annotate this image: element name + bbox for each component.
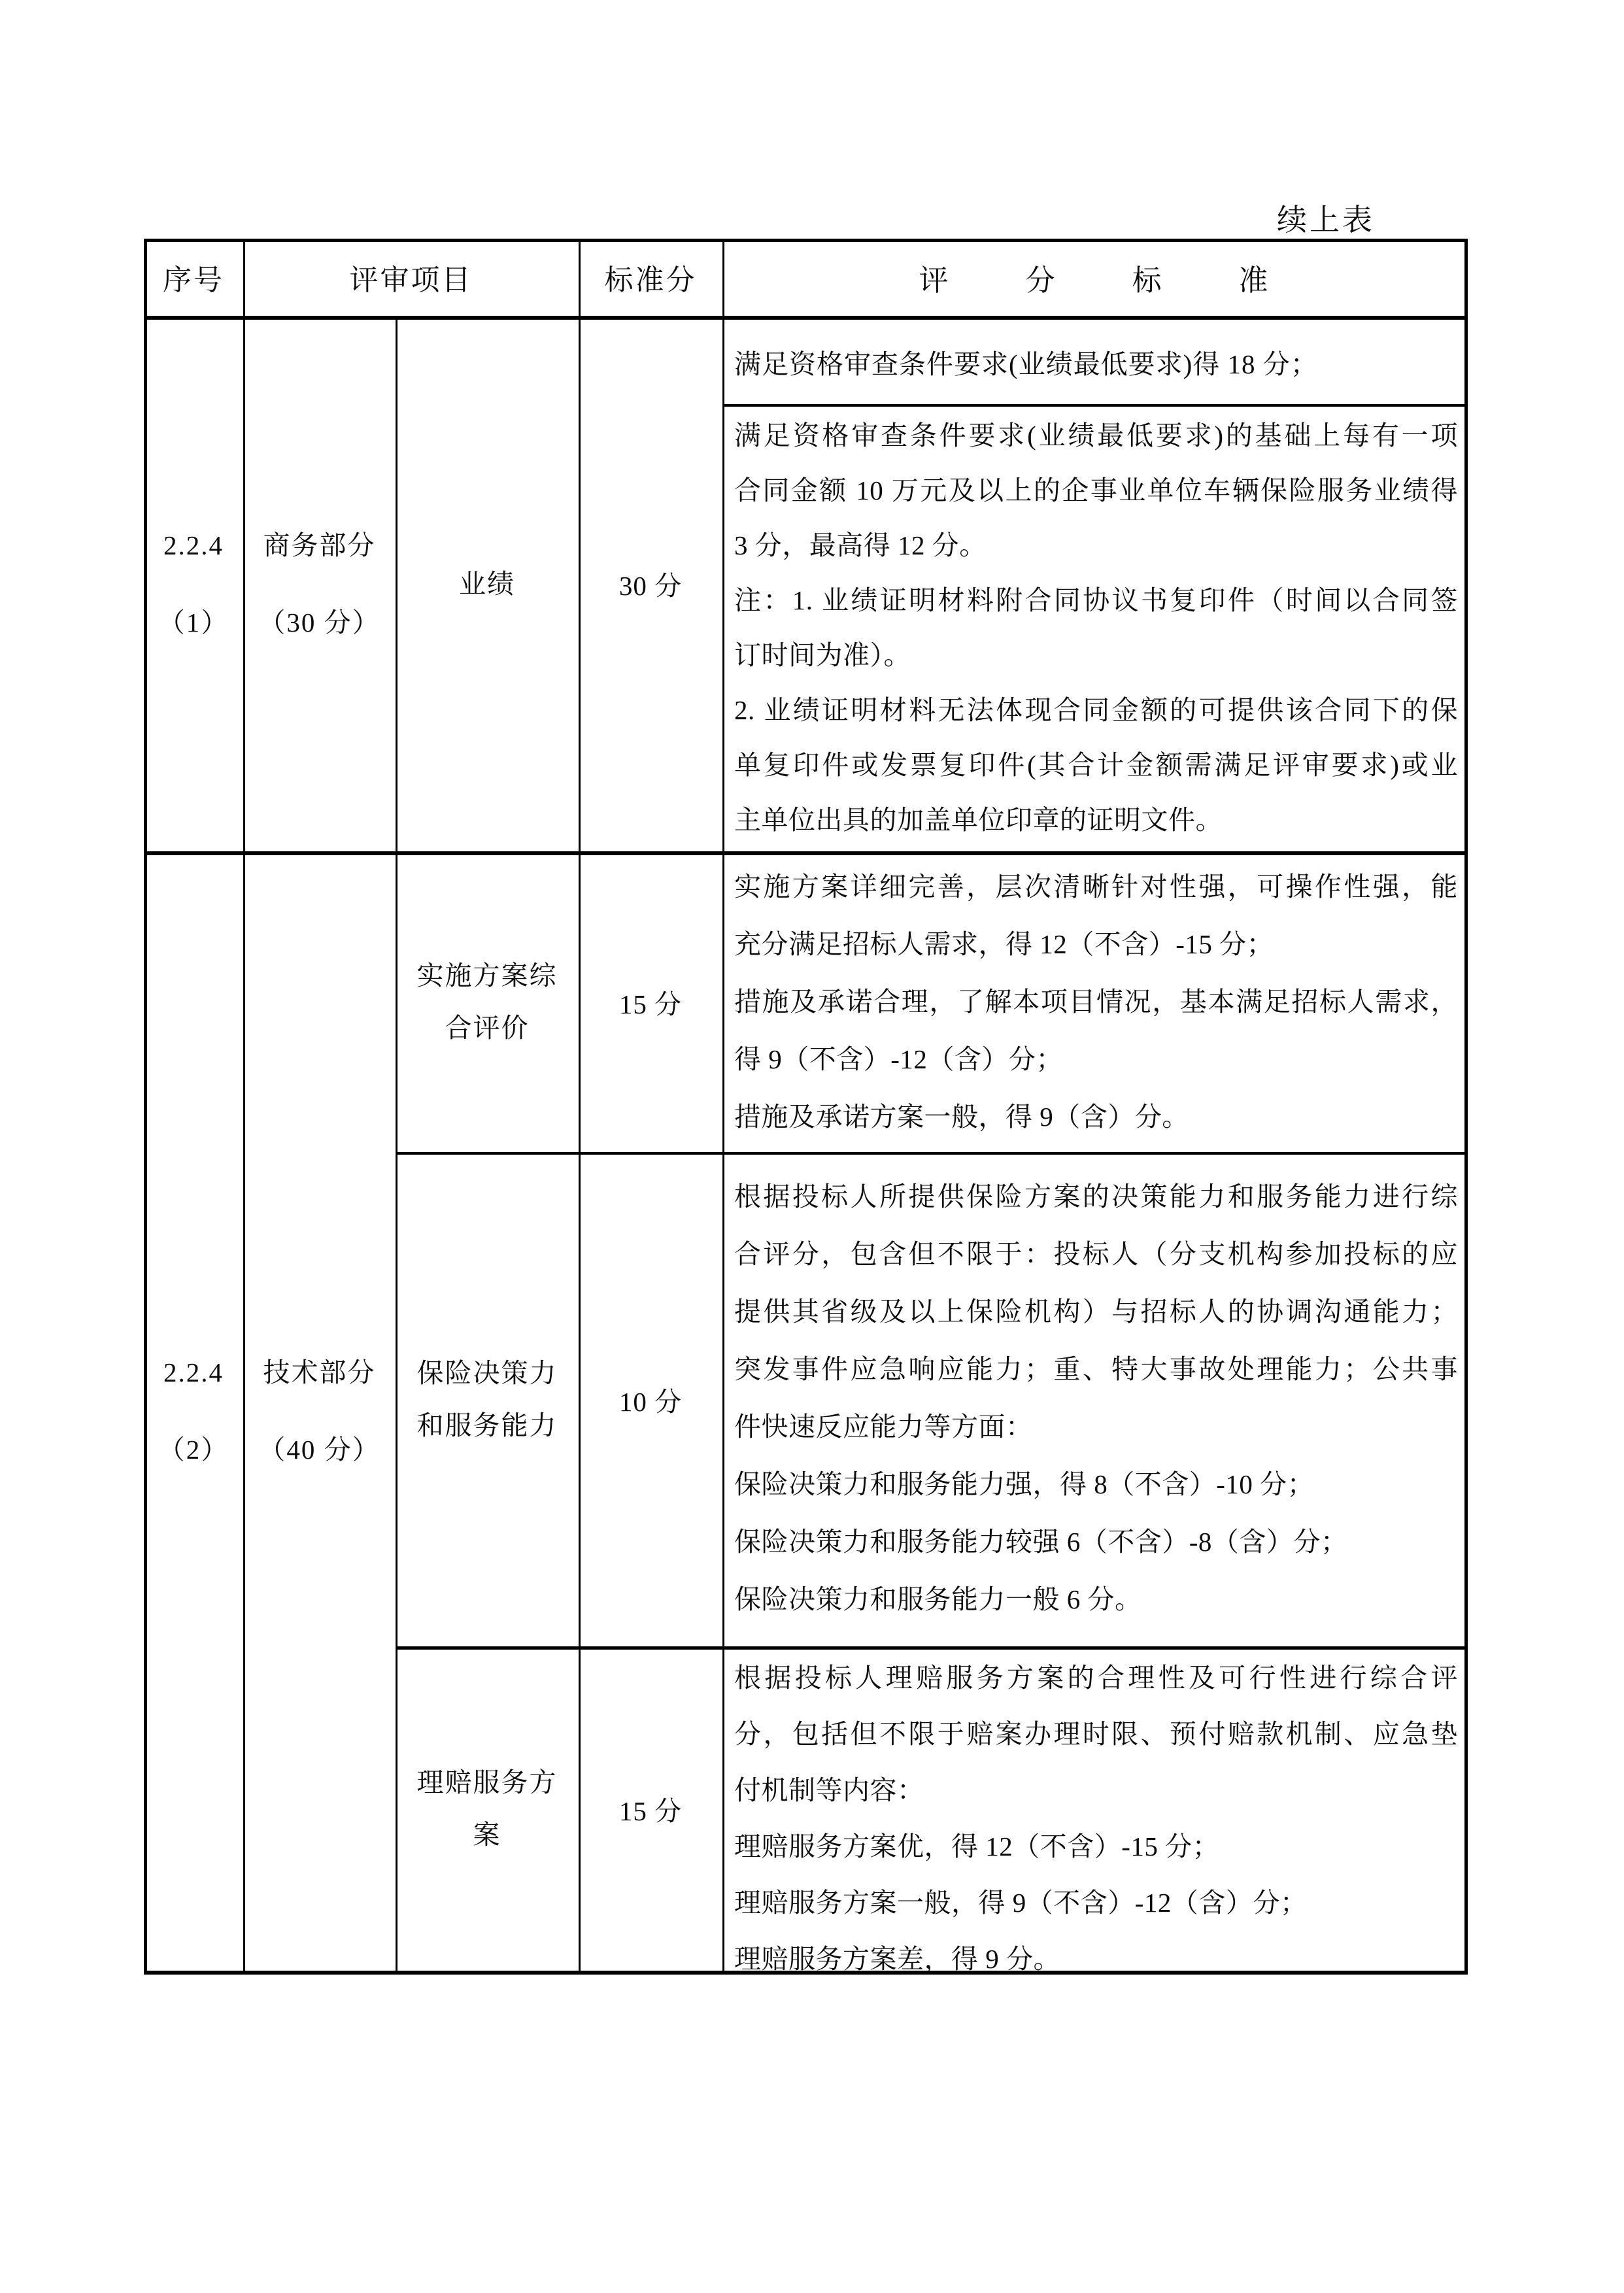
row2-sub3-criteria-cell: 根据投标人理赔服务方案的合理性及可行性进行综合评分，包括但不限于赔案办理时限、预… <box>722 1650 1464 1971</box>
row1-criteria-main-cell: 满足资格审查条件要求(业绩最低要求)的基础上每有一项合同金额 10 万元及以上的… <box>722 407 1464 851</box>
header-cell-item: 评审项目 <box>243 239 579 316</box>
criteria-line: 合同金额 10 万元及以上的企事业单位车辆保险服务业绩得 <box>734 463 1458 518</box>
criteria-line: 理赔服务方案差，得 9 分。 <box>734 1931 1458 1971</box>
criteria-line: 根据投标人所提供保险方案的决策能力和服务能力进行综 <box>734 1168 1458 1225</box>
criteria-line: 理赔服务方案一般，得 9（不含）-12（含）分； <box>734 1875 1458 1931</box>
criteria-line: 主单位出具的加盖单位印章的证明文件。 <box>734 792 1458 847</box>
criteria-line: 满足资格审查条件要求(业绩最低要求)的基础上每有一项 <box>734 408 1458 463</box>
row1-criteria-top-cell: 满足资格审查条件要求(业绩最低要求)得 18 分； <box>722 320 1464 404</box>
row2-sub1-score-cell: 15 分 <box>579 851 722 1152</box>
criteria-line: 保险决策力和服务能力强，得 8（不含）-10 分； <box>734 1455 1458 1513</box>
criteria-line: 实施方案详细完善，层次清晰针对性强，可操作性强，能 <box>734 858 1458 915</box>
row2-sub1-criteria-cell: 实施方案详细完善，层次清晰针对性强，可操作性强，能充分满足招标人需求，得 12（… <box>722 854 1464 1152</box>
row1-score-cell: 30 分 <box>579 316 722 851</box>
row2-sub1-item-cell: 实施方案综 合评价 <box>396 851 579 1152</box>
criteria-line: 付机制等内容： <box>734 1762 1458 1818</box>
row2-sub3-item-cell: 理赔服务方 案 <box>396 1646 579 1971</box>
criteria-line: 单复印件或发票复印件(其合计金额需满足评审要求)或业 <box>734 738 1458 792</box>
row2-sub2-criteria-cell: 根据投标人所提供保险方案的决策能力和服务能力进行综合评分，包含但不限于：投标人（… <box>722 1155 1464 1646</box>
row1-seq-cell: 2.2.4 （1） <box>144 316 243 851</box>
row2-sub2-item-cell: 保险决策力 和服务能力 <box>396 1152 579 1646</box>
criteria-line: 3 分，最高得 12 分。 <box>734 518 1458 573</box>
criteria-line: 注：1. 业绩证明材料附合同协议书复印件（时间以合同签 <box>734 573 1458 628</box>
criteria-line: 保险决策力和服务能力一般 6 分。 <box>734 1571 1458 1628</box>
continuation-note: 续上表 <box>1260 196 1391 239</box>
criteria-line: 提供其省级及以上保险机构）与招标人的协调沟通能力； <box>734 1283 1458 1340</box>
criteria-line: 件快速反应能力等方面： <box>734 1398 1458 1455</box>
criteria-line: 充分满足招标人需求，得 12（不含）-15 分； <box>734 915 1458 973</box>
row2-category-cell: 技术部分 （40 分） <box>243 851 396 1971</box>
table-border-bottom <box>144 1971 1468 1975</box>
criteria-line: 合评分，包含但不限于：投标人（分支机构参加投标的应 <box>734 1225 1458 1283</box>
row1-category-cell: 商务部分 （30 分） <box>243 316 396 851</box>
header-cell-score: 标准分 <box>579 239 722 316</box>
criteria-line: 得 9（不含）-12（含）分； <box>734 1030 1458 1088</box>
criteria-line: 分，包括但不限于赔案办理时限、预付赔款机制、应急垫 <box>734 1706 1458 1762</box>
criteria-line: 措施及承诺方案一般，得 9（含）分。 <box>734 1088 1458 1146</box>
criteria-line: 保险决策力和服务能力较强 6（不含）-8（含）分； <box>734 1513 1458 1571</box>
criteria-line: 2. 业绩证明材料无法体现合同金额的可提供该合同下的保 <box>734 683 1458 738</box>
criteria-line: 措施及承诺合理，了解本项目情况，基本满足招标人需求， <box>734 973 1458 1030</box>
criteria-line: 理赔服务方案优，得 12（不含）-15 分； <box>734 1818 1458 1875</box>
criteria-line: 突发事件应急响应能力；重、特大事故处理能力；公共事 <box>734 1340 1458 1398</box>
criteria-line: 订时间为准）。 <box>734 628 1458 683</box>
row2-seq-cell: 2.2.4 （2） <box>144 851 243 1971</box>
row1-item-cell: 业绩 <box>396 316 579 851</box>
header-cell-criteria: 评分标准 <box>722 239 1464 316</box>
criteria-line: 根据投标人理赔服务方案的合理性及可行性进行综合评 <box>734 1650 1458 1706</box>
row2-sub2-score-cell: 10 分 <box>579 1152 722 1646</box>
row2-sub3-score-cell: 15 分 <box>579 1646 722 1971</box>
table-border-right <box>1464 239 1468 1975</box>
document-page: 续上表 序号 评审项目 标准分 评分标准 2.2.4 （1） 商务部分 （30 … <box>0 0 1624 2293</box>
header-cell-seq: 序号 <box>144 239 243 316</box>
